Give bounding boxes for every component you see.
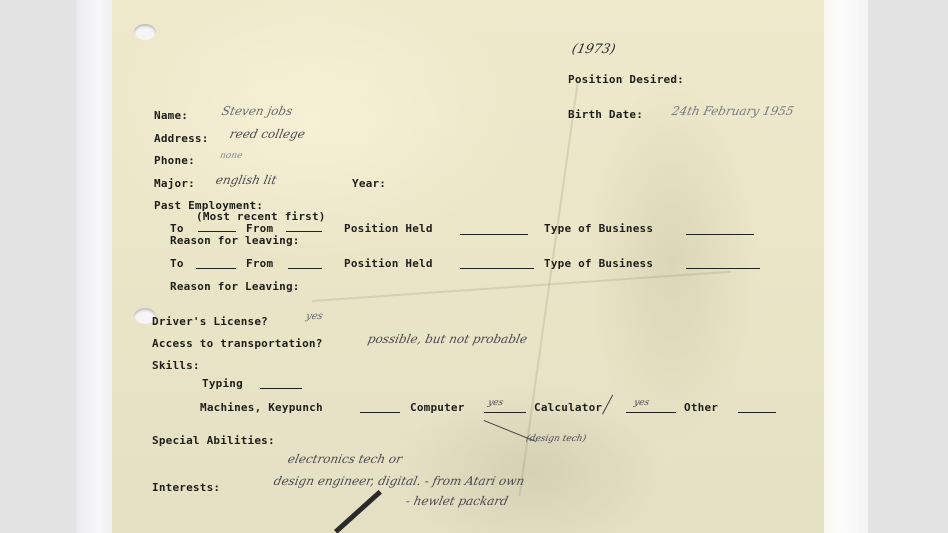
phone-label: Phone:	[154, 154, 195, 167]
name-label: Name:	[154, 109, 188, 122]
birth-date-value: 24th February 1955	[671, 104, 796, 118]
other-label: Other	[684, 401, 718, 414]
interests-value-line2: - hewlet packard	[405, 494, 510, 508]
address-value: reed college	[229, 127, 307, 141]
reason-for-leaving-label: Reason for leaving:	[170, 234, 300, 247]
drivers-license-label: Driver's License?	[152, 315, 268, 328]
position-held-label: Position Held	[344, 222, 433, 235]
keypunch-blank	[360, 412, 400, 413]
paper-crease	[312, 271, 731, 302]
photo-border-right	[820, 0, 868, 533]
computer-blank	[484, 412, 526, 413]
computer-label: Computer	[410, 401, 465, 414]
address-label: Address:	[154, 132, 209, 145]
interests-label: Interests:	[152, 481, 220, 494]
drivers-license-value: yes	[305, 311, 324, 322]
type-of-business-blank	[686, 268, 760, 269]
calculator-value: yes	[633, 398, 650, 408]
name-value: Steven jobs	[221, 104, 294, 118]
position-held-blank	[460, 268, 534, 269]
annotation-arrow	[602, 395, 613, 415]
major-value: english lit	[215, 173, 278, 187]
interests-value-line1: design engineer, digital. - from Atari o…	[273, 474, 526, 488]
calculator-blank	[626, 412, 676, 413]
from-blank	[288, 268, 322, 269]
to-label: To	[170, 257, 184, 270]
type-of-business-label: Type of Business	[544, 222, 653, 235]
other-blank	[738, 412, 776, 413]
typing-label: Typing	[202, 377, 243, 390]
from-label: From	[246, 257, 273, 270]
transportation-value: possible, but not probable	[367, 332, 529, 346]
year-label: Year:	[352, 177, 386, 190]
computer-value: yes	[487, 398, 504, 408]
birth-date-label: Birth Date:	[568, 108, 643, 121]
transportation-label: Access to transportation?	[152, 337, 323, 350]
photo-border-left	[76, 0, 114, 533]
position-desired-label: Position Desired:	[568, 73, 684, 86]
type-of-business-blank	[686, 234, 754, 235]
reference-number: (1973)	[570, 42, 616, 57]
reason-for-leaving-label: Reason for Leaving:	[170, 280, 300, 293]
application-form: (1973) Position Desired: Birth Date: 24t…	[112, 0, 824, 533]
position-held-label: Position Held	[344, 257, 433, 270]
typing-blank	[260, 388, 302, 389]
special-abilities-label: Special Abilities:	[152, 434, 275, 447]
to-blank	[198, 231, 236, 232]
from-blank	[286, 231, 322, 232]
position-held-blank	[460, 234, 528, 235]
major-label: Major:	[154, 177, 195, 190]
keypunch-label: Machines, Keypunch	[200, 401, 323, 414]
phone-value: none	[219, 151, 243, 161]
special-abilities-value: electronics tech or	[287, 452, 404, 466]
punch-hole	[134, 24, 156, 40]
skills-heading: Skills:	[152, 359, 200, 372]
to-blank	[196, 268, 236, 269]
type-of-business-label: Type of Business	[544, 257, 653, 270]
calculator-label: Calculator	[534, 401, 602, 414]
ink-smudge	[334, 490, 382, 533]
skills-annotation: (design tech)	[525, 434, 587, 444]
